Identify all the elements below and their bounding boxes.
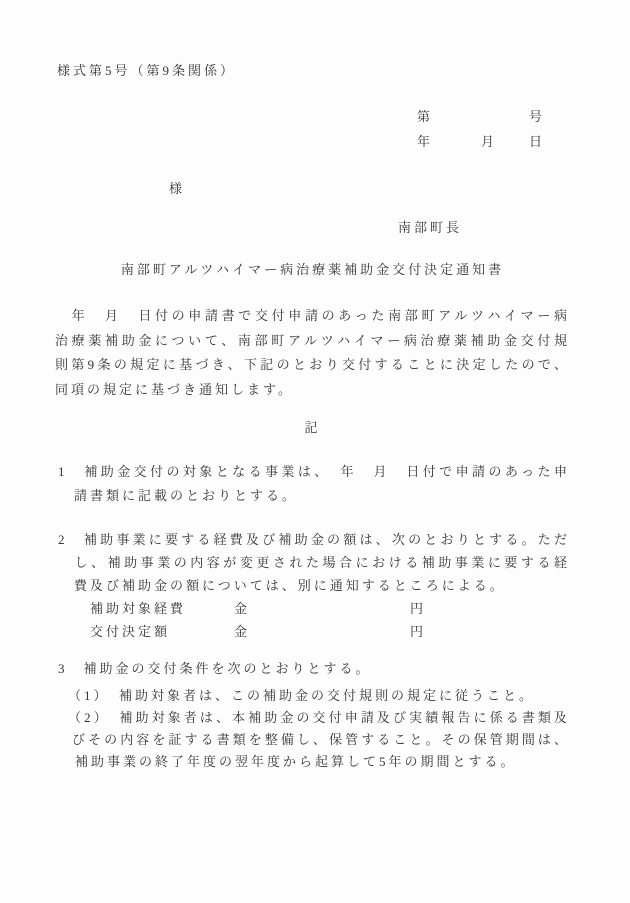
item-2: 2 補助事業に要する経費及び補助金の額は、次のとおりとする。ただ し、補助事業の…	[58, 528, 570, 643]
body-line: 治療薬補助金について、南部町アルツハイマー病治療薬補助金交付規	[55, 329, 570, 354]
body-line: 則第9条の規定に基づき、下記のとおり交付することに決定したので、	[55, 353, 570, 378]
document-title: 南部町アルツハイマー病治療薬補助金交付決定通知書	[55, 257, 570, 282]
grant-amount-row: 交付決定額 金 円	[58, 620, 570, 643]
item-1-line: 1 補助金交付の対象となる事業は、 年 月 日付で申請のあった申	[58, 460, 570, 484]
doc-number-block: 第 号 年 月 日	[0, 104, 545, 154]
body-line: 同項の規定に基づき通知します。	[55, 378, 570, 403]
item-2-line: 2 補助事業に要する経費及び補助金の額は、次のとおりとする。ただ	[58, 528, 570, 551]
form-number: 様式第5号（第9条関係）	[57, 58, 236, 83]
item-1: 1 補助金交付の対象となる事業は、 年 月 日付で申請のあった申 請書類に記載の…	[58, 460, 570, 508]
condition-line-2-cont: びその内容を証する書類を整備し、保管すること。その保管期間は、	[55, 729, 570, 751]
date-line: 年 月 日	[0, 129, 545, 154]
item-3: 3 補助金の交付条件を次のとおりとする。	[58, 656, 570, 681]
body-paragraph: 年 月 日付の申請書で交付申請のあった南部町アルツハイマー病 治療薬補助金につい…	[55, 304, 570, 402]
condition-line-1: （1） 補助対象者は、この補助金の交付規則の規定に従うこと。	[55, 685, 570, 707]
sender-title: 南部町長	[398, 215, 462, 240]
body-line: 年 月 日付の申請書で交付申請のあった南部町アルツハイマー病	[55, 304, 570, 329]
document-page: 様式第5号（第9条関係） 第 号 年 月 日 様 南部町長 南部町アルツハイマー…	[0, 0, 630, 903]
item-2-line: し、補助事業の内容が変更された場合における補助事業に要する経	[58, 551, 570, 574]
item-2-line: 費及び補助金の額については、別に通知するところによる。	[58, 574, 570, 597]
addressee-suffix: 様	[169, 176, 185, 201]
doc-number-line: 第 号	[0, 104, 545, 129]
item-1-line: 請書類に記載のとおりとする。	[58, 484, 570, 508]
condition-line-2-cont: 補助事業の終了年度の翌年度から起算して5年の期間とする。	[55, 751, 570, 773]
condition-line-2: （2） 補助対象者は、本補助金の交付申請及び実績報告に係る書類及	[55, 707, 570, 729]
subsidy-expense-row: 補助対象経費 金 円	[58, 597, 570, 620]
ki-marker: 記	[55, 415, 570, 440]
conditions-list: （1） 補助対象者は、この補助金の交付規則の規定に従うこと。 （2） 補助対象者…	[55, 685, 570, 773]
